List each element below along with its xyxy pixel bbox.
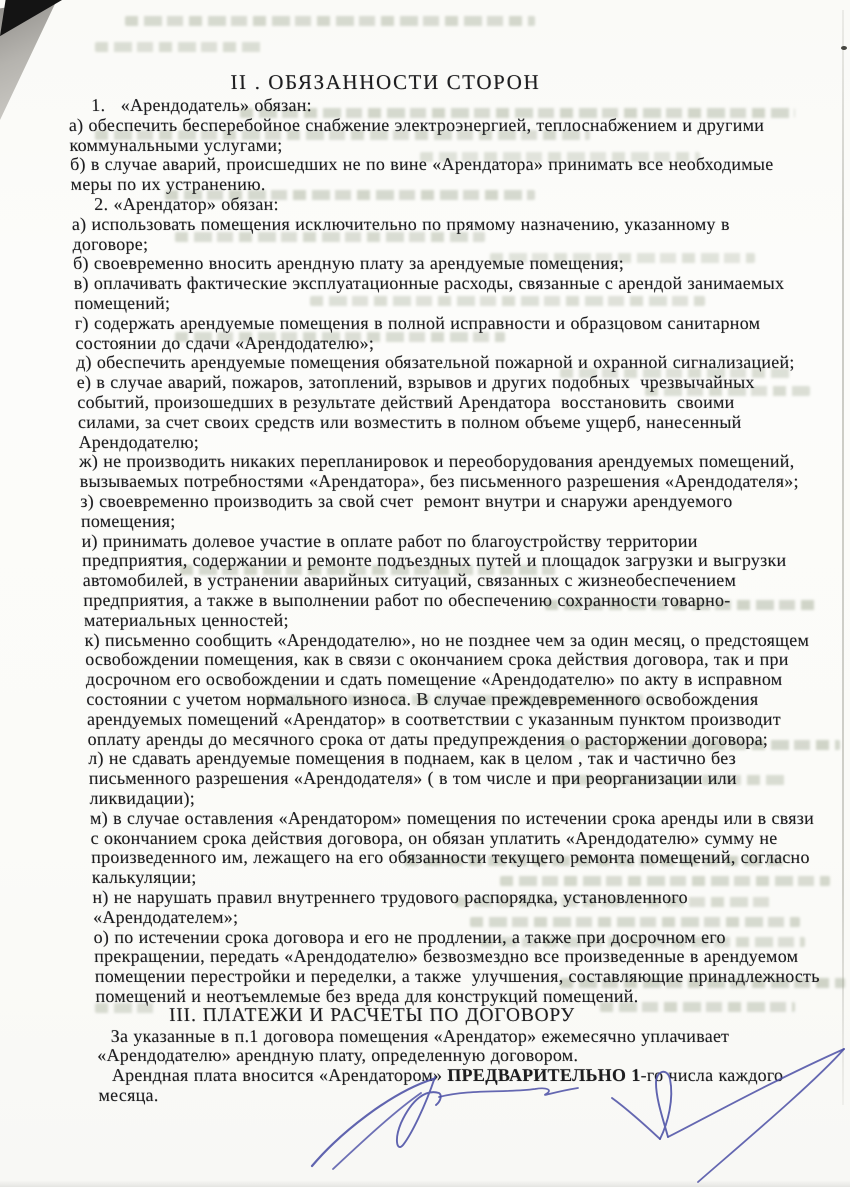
text-line: о) по истечении срока договора и его не … [93, 927, 726, 947]
text-line: а) обеспечить бесперебойное снабжение эл… [69, 115, 765, 135]
signature-left [295, 1063, 595, 1171]
text-line: л) не сдавать арендуемые помещения в под… [88, 748, 736, 768]
text-line: автомобилей, в устранении аварийных ситу… [82, 570, 736, 590]
text-line: помещения; [81, 511, 176, 531]
text-line: а) использовать помещения исключительно … [72, 214, 730, 234]
text-line: договоре; [72, 234, 148, 254]
text-line: ликвидации); [89, 788, 195, 808]
text-line: н) не нарушать правил внутреннего трудов… [92, 887, 688, 907]
text-line: «Арендодателем»; [93, 907, 239, 927]
text-line: 1. «Арендодатель» обязан: [91, 95, 312, 115]
text-line: коммунальными услугами; [69, 135, 283, 155]
text-line: материальных ценностей; [84, 610, 289, 630]
text-line: оплату аренды до месячного срока от даты… [87, 729, 768, 749]
section-heading: III. ПЛАТЕЖИ И РАСЧЕТЫ ПО ДОГОВОРУ [169, 1006, 576, 1026]
text-line: ж) не производить никаких перепланировок… [79, 451, 795, 471]
text-line: с окончанием срока действия договора, он… [90, 828, 777, 848]
text-line: состоянии с учетом нормального износа. В… [86, 689, 759, 709]
text-line: освобождении помещения, как в связи с ок… [85, 649, 789, 669]
text-line: вызываемых потребностями «Арендатора», б… [79, 471, 799, 491]
text-line: калькуляции; [91, 867, 196, 887]
text-line: б) своевременно вносить арендную плату з… [73, 253, 625, 273]
document-page: II . ОБЯЗАННОСТИ СТОРОН 1. «Арендодатель… [0, 0, 850, 1187]
text-line: помещении перестройки и переделки, а так… [95, 966, 820, 986]
text-line: арендуемых помещений «Арендатор» в соотв… [87, 709, 782, 729]
text-line: меры по их устранению. [70, 174, 265, 194]
section-heading: II . ОБЯЗАННОСТИ СТОРОН [230, 70, 541, 95]
text-line: предприятия, содержании и ремонте подъез… [82, 550, 787, 570]
text-line: помещений; [74, 293, 171, 313]
text-line: к) письменно сообщить «Арендодателю», но… [84, 630, 809, 650]
text-line: прекращении, передать «Арендодателю» без… [94, 946, 799, 966]
text-line: в) оплачивать фактические эксплуатационн… [73, 273, 784, 293]
text-line: Арендодателю; [78, 432, 199, 452]
text-line: событий, произошедших в результате дейст… [77, 392, 735, 412]
text-line: письменного разрешения «Арендодателя» ( … [88, 768, 737, 788]
text-line: 2. «Арендатор» обязан: [94, 194, 279, 214]
text-block: II . ОБЯЗАННОСТИ СТОРОН 1. «Арендодатель… [65, 0, 850, 1187]
text-line: состоянии до сдачи «Арендодателю»; [75, 333, 374, 353]
text-line: силами, за счет своих средств или возмес… [78, 412, 742, 432]
text-line: е) в случае аварий, пожаров, затоплений,… [76, 372, 755, 392]
text-line: досрочном его освобождении и сдать помещ… [85, 669, 782, 689]
text-line: произведенного им, лежащего на его обяза… [91, 847, 810, 867]
text-line: предприятия, а также в выполнении работ … [83, 590, 731, 610]
signature-right [608, 1035, 850, 1187]
text-line: з) своевременно производить за свой счет… [80, 491, 733, 511]
text-line: б) в случае аварий, происшедших не по ви… [70, 154, 774, 174]
text-line: м) в случае оставления «Арендатором» пом… [90, 808, 815, 828]
text-line: д) обеспечить арендуемые помещения обяза… [76, 352, 795, 372]
text-line: месяца. [98, 1085, 159, 1105]
text-line: и) принимать долевое участие в оплате ра… [81, 531, 698, 551]
text-line: помещений и неотъемлемые без вреда для к… [95, 986, 639, 1006]
text-line: г) содержать арендуемые помещения в полн… [75, 313, 761, 333]
